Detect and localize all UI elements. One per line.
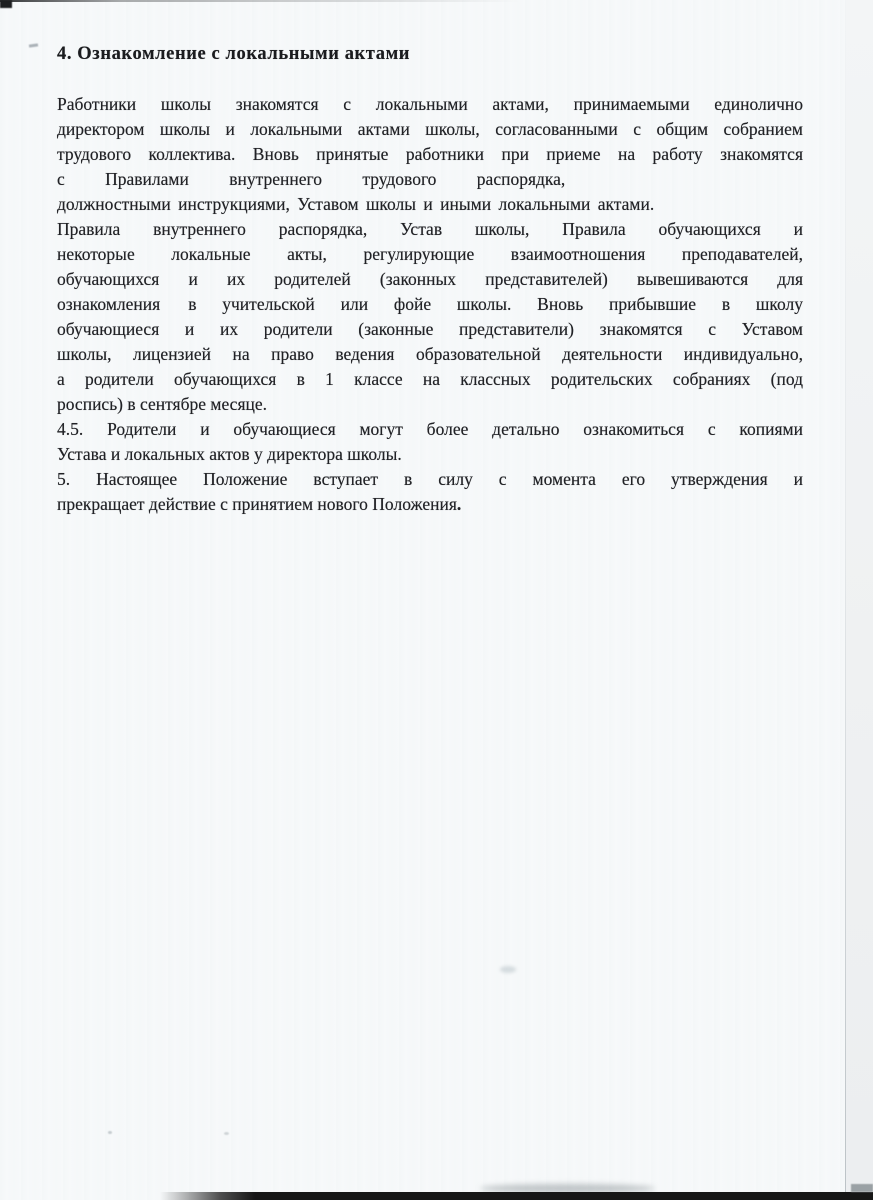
paper-edge-line: [845, 0, 846, 1192]
text-line: Правила внутреннего распорядка, Устав шк…: [57, 217, 803, 242]
document-heading: 4. Ознакомление с локальными актами: [57, 42, 803, 67]
text-line: должностными инструкциями, Уставом школы…: [57, 192, 803, 217]
bold-period: .: [457, 494, 461, 514]
text-line: директором школы и локальными актами шко…: [57, 117, 803, 142]
text-fragment: ознакомления: [57, 294, 160, 314]
text-line: а родители обучающихся в 1 классе на кла…: [57, 367, 803, 392]
text-fragment: прекращает действие с принятием нового П…: [57, 494, 457, 514]
text-line: Работники школы знакомятся с локальными …: [57, 92, 803, 117]
scan-speck: [108, 1131, 112, 1134]
text-line: прекращает действие с принятием нового П…: [57, 492, 803, 517]
text-line: трудового коллектива. Вновь принятые раб…: [57, 142, 803, 167]
text-line: Устава и локальных актов у директора шко…: [57, 442, 803, 467]
scan-top-edge-line: [0, 0, 520, 2]
scan-bottom-right-block: [851, 1184, 873, 1192]
scan-bottom-bar: [160, 1192, 873, 1200]
text-line: некоторые локальные акты, регулирующие в…: [57, 242, 803, 267]
scan-speck: [224, 1132, 229, 1135]
text-line: 5. Настоящее Положение вступает в силу с…: [57, 467, 803, 492]
scan-top-left-mark: [0, 0, 12, 8]
text-line: обучающиеся и их родители (законные пред…: [57, 317, 803, 342]
text-line: школы, лицензией на право ведения образо…: [57, 342, 803, 367]
text-line: ознакомленияв учительской или фойе школы…: [57, 292, 803, 317]
scan-speck: [500, 966, 516, 973]
text-fragment: в учительской или фойе школы. Вновь приб…: [188, 294, 803, 314]
text-line: с Правилами внутреннего трудового распор…: [57, 167, 803, 192]
scanned-document-page: { "scan": { "paper_color": "#f7f9fa", "e…: [0, 0, 873, 1200]
text-line: роспись) в сентябре месяце.: [57, 392, 803, 417]
text-line: обучающихся и их родителей (законных пре…: [57, 267, 803, 292]
text-line: 4.5. Родители и обучающиеся могут более …: [57, 417, 803, 442]
paper-edge-strip: [846, 0, 873, 1192]
document-body: 4. Ознакомление с локальными актами Рабо…: [57, 42, 803, 517]
